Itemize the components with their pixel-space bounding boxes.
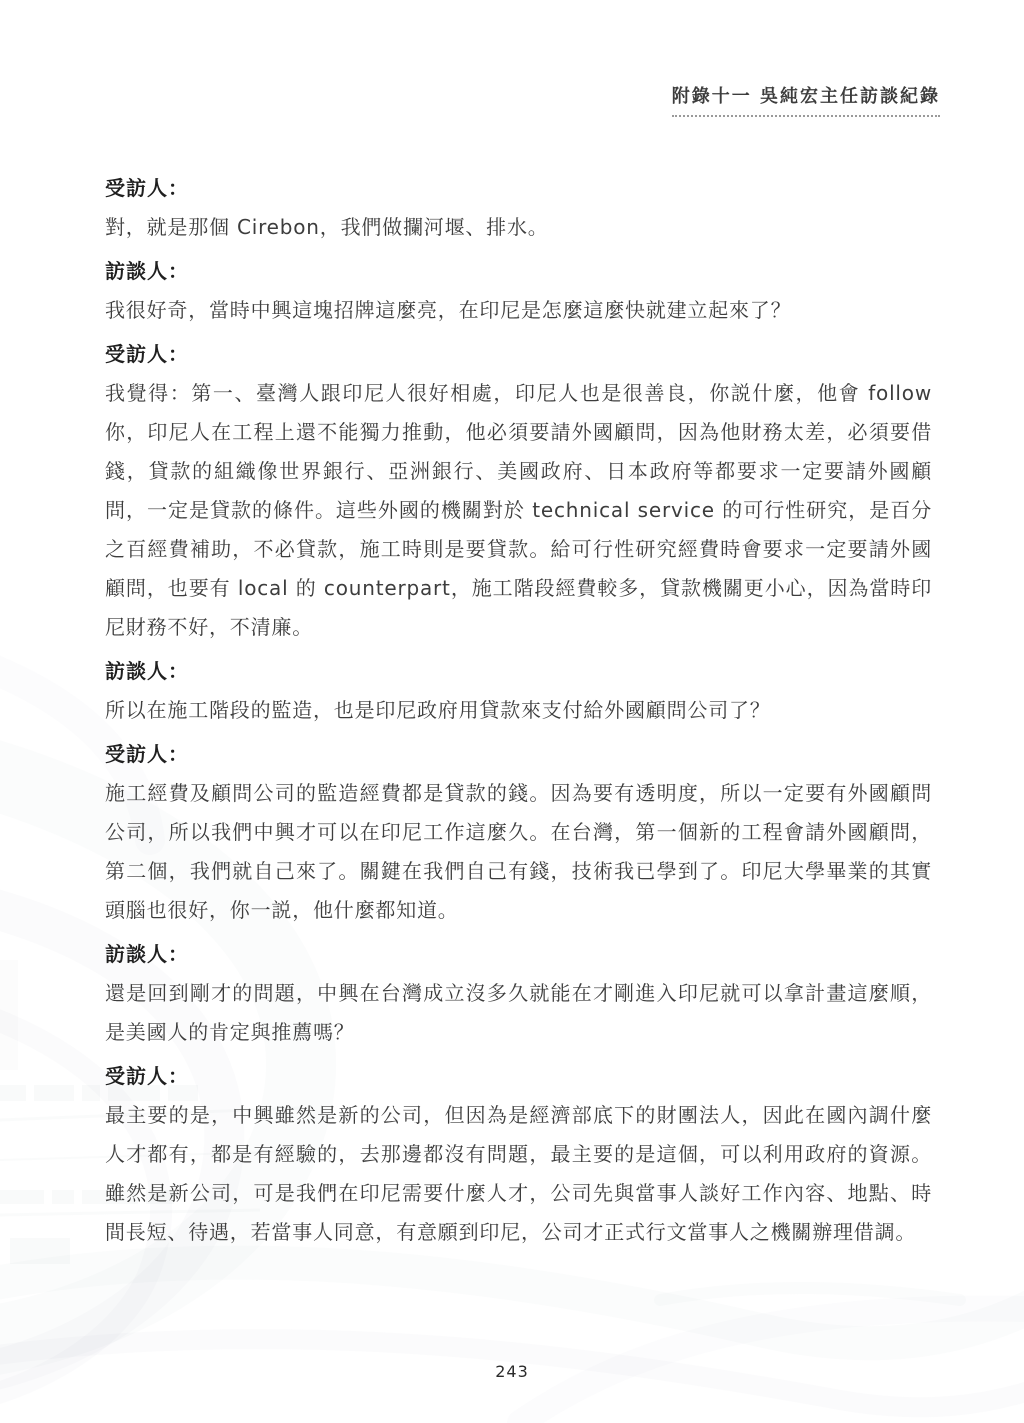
speech-text: 對，就是那個 Cirebon，我們做攔河堰、排水。: [105, 208, 932, 247]
speaker-label: 訪談人：: [105, 252, 932, 291]
speaker-label: 訪談人：: [105, 935, 932, 974]
speaker-label: 訪談人：: [105, 652, 932, 691]
transcript-section: 訪談人： 我很好奇，當時中興這塊招牌這麼亮，在印尼是怎麼這麼快就建立起來了？: [105, 252, 932, 330]
transcript: 受訪人： 對，就是那個 Cirebon，我們做攔河堰、排水。 訪談人： 我很好奇…: [105, 169, 932, 1257]
speech-text: 我覺得：第一、臺灣人跟印尼人很好相處，印尼人也是很善良，你説什麼，他會 foll…: [105, 374, 932, 647]
page-number: 243: [0, 1362, 1024, 1381]
speaker-label: 受訪人：: [105, 1057, 932, 1096]
speech-text: 我很好奇，當時中興這塊招牌這麼亮，在印尼是怎麼這麼快就建立起來了？: [105, 291, 932, 330]
transcript-section: 受訪人： 對，就是那個 Cirebon，我們做攔河堰、排水。: [105, 169, 932, 247]
speech-text: 所以在施工階段的監造，也是印尼政府用貸款來支付給外國顧問公司了？: [105, 691, 932, 730]
transcript-section: 受訪人： 最主要的是，中興雖然是新的公司，但因為是經濟部底下的財團法人，因此在國…: [105, 1057, 932, 1252]
speaker-label: 受訪人：: [105, 335, 932, 374]
speaker-label: 受訪人：: [105, 169, 932, 208]
transcript-section: 訪談人： 所以在施工階段的監造，也是印尼政府用貸款來支付給外國顧問公司了？: [105, 652, 932, 730]
speech-text: 最主要的是，中興雖然是新的公司，但因為是經濟部底下的財團法人，因此在國內調什麼人…: [105, 1096, 932, 1252]
transcript-section: 受訪人： 我覺得：第一、臺灣人跟印尼人很好相處，印尼人也是很善良，你説什麼，他會…: [105, 335, 932, 647]
book-page: 附錄十一 吳純宏主任訪談紀錄 受訪人： 對，就是那個 Cirebon，我們做攔河…: [0, 0, 1024, 1423]
speaker-label: 受訪人：: [105, 735, 932, 774]
speech-text: 施工經費及顧問公司的監造經費都是貸款的錢。因為要有透明度，所以一定要有外國顧問公…: [105, 774, 932, 930]
page-title: 附錄十一 吳純宏主任訪談紀錄: [672, 86, 940, 117]
transcript-section: 受訪人： 施工經費及顧問公司的監造經費都是貸款的錢。因為要有透明度，所以一定要有…: [105, 735, 932, 930]
speech-text: 還是回到剛才的問題，中興在台灣成立沒多久就能在才剛進入印尼就可以拿計畫這麼順，是…: [105, 974, 932, 1052]
transcript-section: 訪談人： 還是回到剛才的問題，中興在台灣成立沒多久就能在才剛進入印尼就可以拿計畫…: [105, 935, 932, 1052]
running-head: 附錄十一 吳純宏主任訪談紀錄: [672, 86, 940, 117]
